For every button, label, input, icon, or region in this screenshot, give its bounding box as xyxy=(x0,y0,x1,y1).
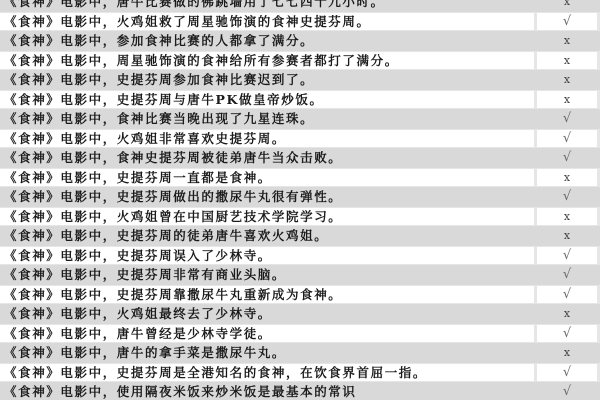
check-mark: √ xyxy=(537,187,597,207)
table-row: 《食神》电影中，火鸡姐救了周星驰饰演的食神史提芬周。 √ xyxy=(0,12,600,32)
quiz-table: 《食神》电影中，唐牛比赛做的佛跳墙用了七七四十九小时。 x 《食神》电影中，火鸡… xyxy=(0,0,600,400)
statement-cell: 《食神》电影中，史提芬周非常有商业头脑。 xyxy=(0,265,534,285)
table-row: 《食神》电影中，火鸡姐曾在中国厨艺技术学院学习。 x xyxy=(0,207,600,227)
table-row: 《食神》电影中，史提芬周一直都是食神。 x xyxy=(0,168,600,188)
false-mark: x xyxy=(537,169,597,187)
table-row: 《食神》电影中，史提芬周与唐牛PK做皇帝炒饭。 x xyxy=(0,90,600,110)
table-row: 《食神》电影中，史提芬周是全港知名的食神，在饮食界首屈一指。 √ xyxy=(0,363,600,383)
check-mark: √ xyxy=(537,364,597,382)
false-mark: x xyxy=(537,52,597,70)
check-mark: √ xyxy=(537,130,597,148)
statement-cell: 《食神》电影中，史提芬周参加食神比赛迟到了。 xyxy=(0,70,534,90)
statement-cell: 《食神》电影中，使用隔夜米饭来炒米饭是最基本的常识 xyxy=(0,382,534,400)
statement-cell: 《食神》电影中，食神史提芬周被徒弟唐牛当众击败。 xyxy=(0,148,534,168)
statement-cell: 《食神》电影中，火鸡姐非常喜欢史提芬周。 xyxy=(0,130,534,148)
table-row: 《食神》电影中，史提芬周靠撒尿牛丸重新成为食神。 √ xyxy=(0,285,600,305)
statement-cell: 《食神》电影中，唐牛的拿手菜是撒尿牛丸。 xyxy=(0,343,534,363)
false-mark: x xyxy=(537,70,597,90)
table-row: 《食神》电影中，唐牛比赛做的佛跳墙用了七七四十九小时。 x xyxy=(0,0,600,12)
statement-cell: 《食神》电影中，唐牛曾经是少林寺学徒。 xyxy=(0,325,534,343)
table-row: 《食神》电影中，唐牛曾经是少林寺学徒。 √ xyxy=(0,324,600,344)
check-mark: √ xyxy=(537,325,597,343)
statement-cell: 《食神》电影中，参加食神比赛的人都拿了满分。 xyxy=(0,31,534,51)
statement-cell: 《食神》电影中，史提芬周靠撒尿牛丸重新成为食神。 xyxy=(0,286,534,304)
table-row: 《食神》电影中，食神比赛当晚出现了九星连珠。 √ xyxy=(0,109,600,129)
check-mark: √ xyxy=(537,109,597,129)
false-mark: x xyxy=(537,31,597,51)
statement-cell: 《食神》电影中，火鸡姐最终去了少林寺。 xyxy=(0,304,534,324)
false-mark: x xyxy=(537,0,597,12)
table-row: 《食神》电影中，史提芬周参加食神比赛迟到了。 x xyxy=(0,70,600,90)
statement-cell: 《食神》电影中，史提芬周一直都是食神。 xyxy=(0,169,534,187)
false-mark: x xyxy=(537,226,597,246)
table-row: 《食神》电影中，史提芬周误入了少林寺。 √ xyxy=(0,246,600,266)
statement-cell: 《食神》电影中，史提芬周与唐牛PK做皇帝炒饭。 xyxy=(0,91,534,109)
table-row: 《食神》电影中，史提芬周的徒弟唐牛喜欢火鸡姐。 x xyxy=(0,226,600,246)
false-mark: x xyxy=(537,304,597,324)
table-row: 《食神》电影中，火鸡姐非常喜欢史提芬周。 √ xyxy=(0,129,600,149)
statement-cell: 《食神》电影中，史提芬周是全港知名的食神，在饮食界首屈一指。 xyxy=(0,364,534,382)
check-mark: √ xyxy=(537,247,597,265)
false-mark: x xyxy=(537,343,597,363)
statement-cell: 《食神》电影中，火鸡姐救了周星驰饰演的食神史提芬周。 xyxy=(0,13,534,31)
check-mark: √ xyxy=(537,382,597,400)
statement-cell: 《食神》电影中，史提芬周误入了少林寺。 xyxy=(0,247,534,265)
table-row: 《食神》电影中，周星驰饰演的食神给所有参赛者都打了满分。 x xyxy=(0,51,600,71)
statement-cell: 《食神》电影中，史提芬周的徒弟唐牛喜欢火鸡姐。 xyxy=(0,226,534,246)
check-mark: √ xyxy=(537,286,597,304)
statement-cell: 《食神》电影中，火鸡姐曾在中国厨艺技术学院学习。 xyxy=(0,208,534,226)
table-row: 《食神》电影中，史提芬周做出的撒尿牛丸很有弹性。 √ xyxy=(0,187,600,207)
false-mark: x xyxy=(537,91,597,109)
table-row: 《食神》电影中，史提芬周非常有商业头脑。 √ xyxy=(0,265,600,285)
check-mark: √ xyxy=(537,265,597,285)
table-row: 《食神》电影中，食神史提芬周被徒弟唐牛当众击败。 √ xyxy=(0,148,600,168)
table-row: 《食神》电影中，唐牛的拿手菜是撒尿牛丸。 x xyxy=(0,343,600,363)
table-row: 《食神》电影中，参加食神比赛的人都拿了满分。 x xyxy=(0,31,600,51)
statement-cell: 《食神》电影中，食神比赛当晚出现了九星连珠。 xyxy=(0,109,534,129)
statement-cell: 《食神》电影中，周星驰饰演的食神给所有参赛者都打了满分。 xyxy=(0,52,534,70)
check-mark: √ xyxy=(537,13,597,31)
false-mark: x xyxy=(537,208,597,226)
statement-cell: 《食神》电影中，史提芬周做出的撒尿牛丸很有弹性。 xyxy=(0,187,534,207)
table-row: 《食神》电影中，使用隔夜米饭来炒米饭是最基本的常识 √ xyxy=(0,382,600,400)
table-row: 《食神》电影中，火鸡姐最终去了少林寺。 x xyxy=(0,304,600,324)
check-mark: √ xyxy=(537,148,597,168)
statement-cell: 《食神》电影中，唐牛比赛做的佛跳墙用了七七四十九小时。 xyxy=(0,0,534,12)
